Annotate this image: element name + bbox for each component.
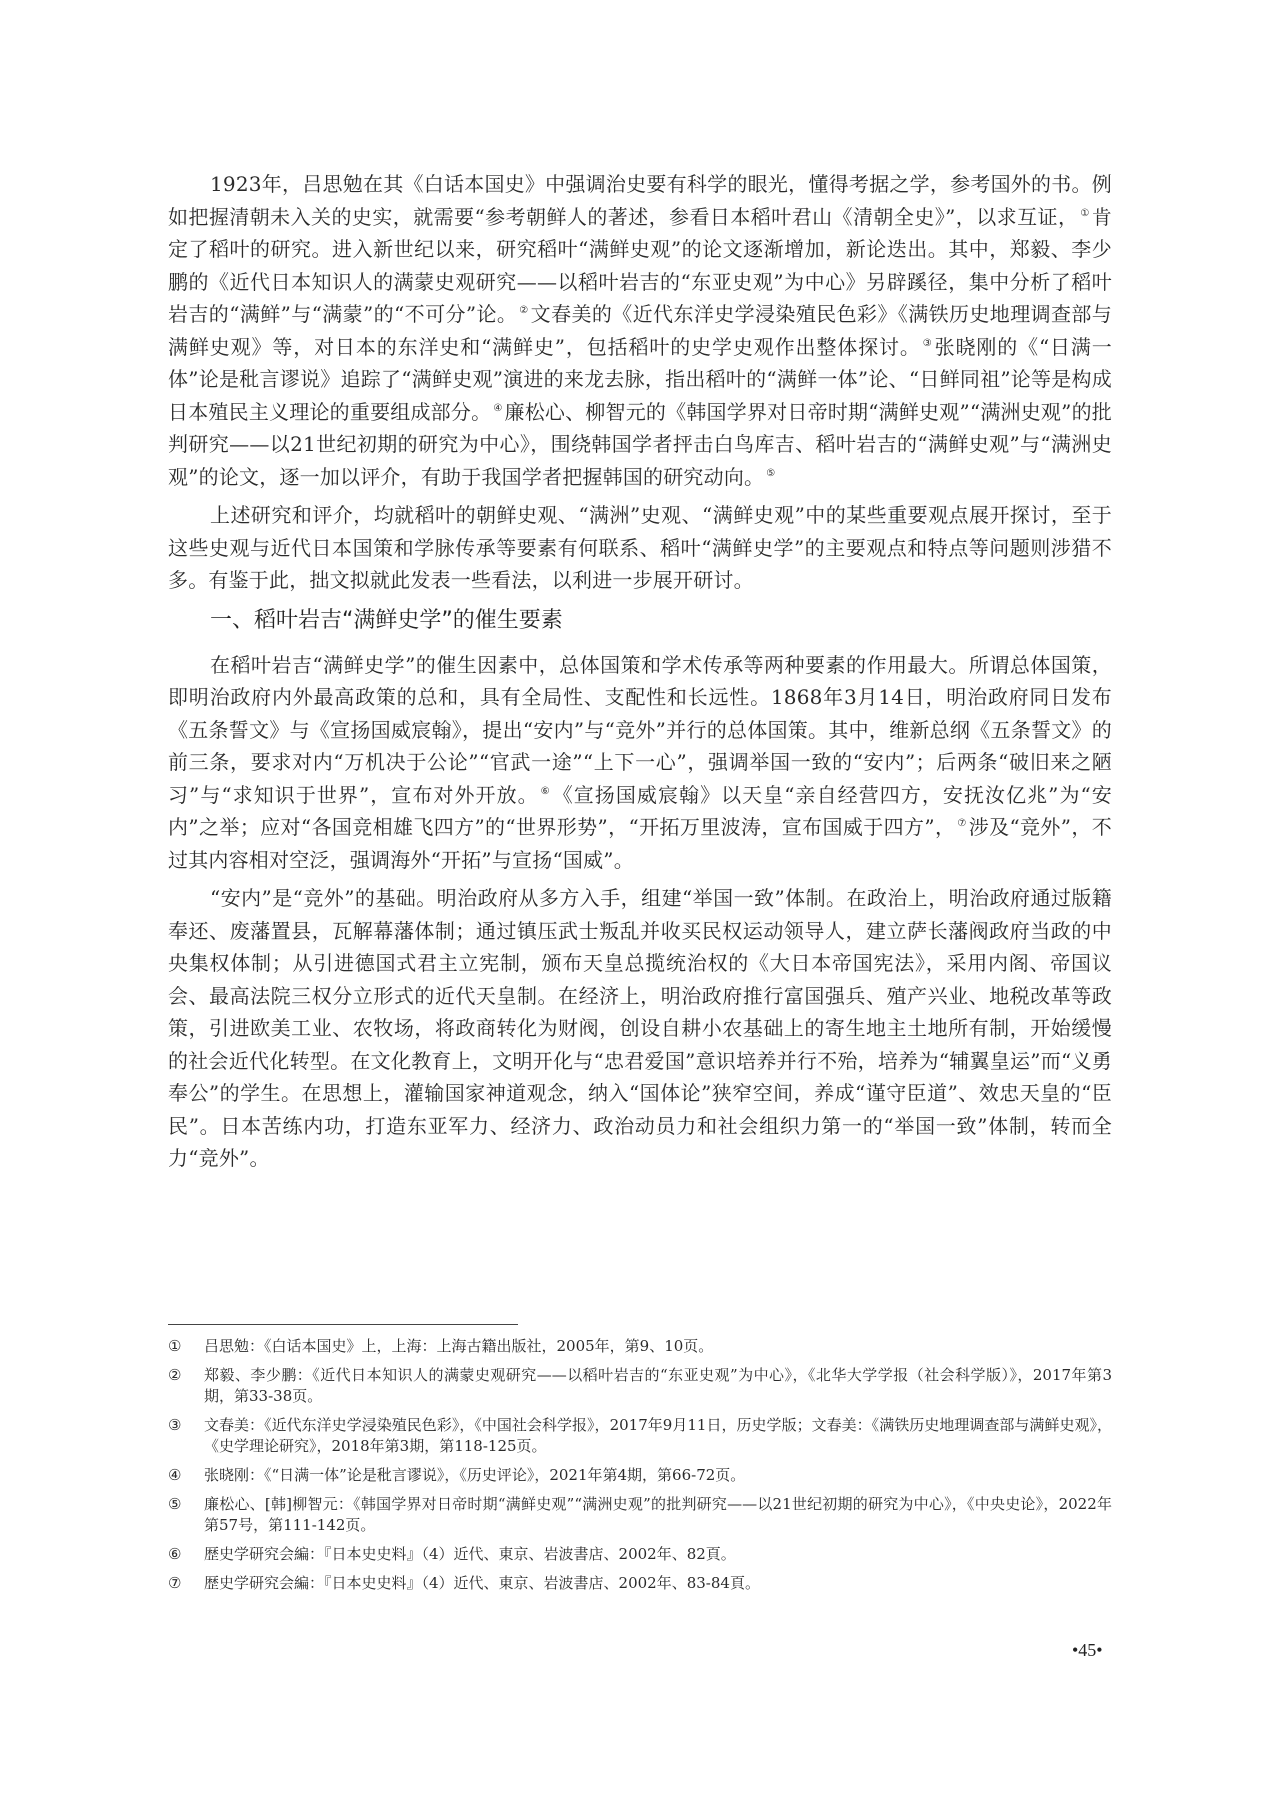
article-body: 1923年，吕思勉在其《白话本国史》中强调治史要有科学的眼光，懂得考据之学，参考… [168,168,1112,1181]
footnote-divider [168,1324,518,1325]
footnote-ref-1[interactable]: ① [1080,208,1089,219]
footnote-item: ③文春美：《近代东洋史学浸染殖民色彩》，《中国社会科学报》，2017年9月11日… [168,1415,1112,1457]
footnote-item: ⑥歴史学研究会編：『日本史史料』（4）近代、東京、岩波書店、2002年、82頁。 [168,1544,1112,1565]
paragraph-intro-2: 上述研究和评介，均就稻叶的朝鲜史观、“满洲”史观、“满鲜史观”中的某些重要观点展… [168,499,1112,597]
footnote-item: ⑦歴史学研究会編：『日本史史料』（4）近代、東京、岩波書店、2002年、83-8… [168,1573,1112,1594]
footnote-item: ②郑毅、李少鹏：《近代日本知识人的满蒙史观研究——以稻叶岩吉的“东亚史观”为中心… [168,1365,1112,1407]
footnote-ref-7[interactable]: ⑦ [957,818,966,829]
footnote-ref-3[interactable]: ③ [923,338,933,349]
section-heading: 一、稻叶岩吉“满鲜史学”的催生要素 [210,605,1112,637]
footnote-item: ⑤廉松心、[韩]柳智元：《韩国学界对日帝时期“满鲜史观”“满洲史观”的批判研究—… [168,1494,1112,1536]
paragraph-section-2: “安内”是“竞外”的基础。明治政府从多方入手，组建“举国一致”体制。在政治上，明… [168,882,1112,1175]
footnote-item: ①吕思勉：《白话本国史》上，上海：上海古籍出版社，2005年，第9、10页。 [168,1336,1112,1357]
footnote-ref-4[interactable]: ④ [493,403,502,414]
footnote-ref-5[interactable]: ⑤ [766,468,775,479]
page-number: •45• [1072,1640,1103,1661]
footnote-ref-6[interactable]: ⑥ [541,786,551,797]
paragraph-section-1: 在稻叶岩吉“满鲜史学”的催生因素中，总体国策和学术传承等两种要素的作用最大。所谓… [168,649,1112,877]
footnote-ref-2[interactable]: ② [519,305,528,316]
paragraph-intro-1: 1923年，吕思勉在其《白话本国史》中强调治史要有科学的眼光，懂得考据之学，参考… [168,168,1112,493]
footnotes: ①吕思勉：《白话本国史》上，上海：上海古籍出版社，2005年，第9、10页。 ②… [168,1336,1112,1602]
footnote-item: ④张晓刚：《“日满一体”论是秕言谬说》，《历史评论》，2021年第4期，第66-… [168,1465,1112,1486]
